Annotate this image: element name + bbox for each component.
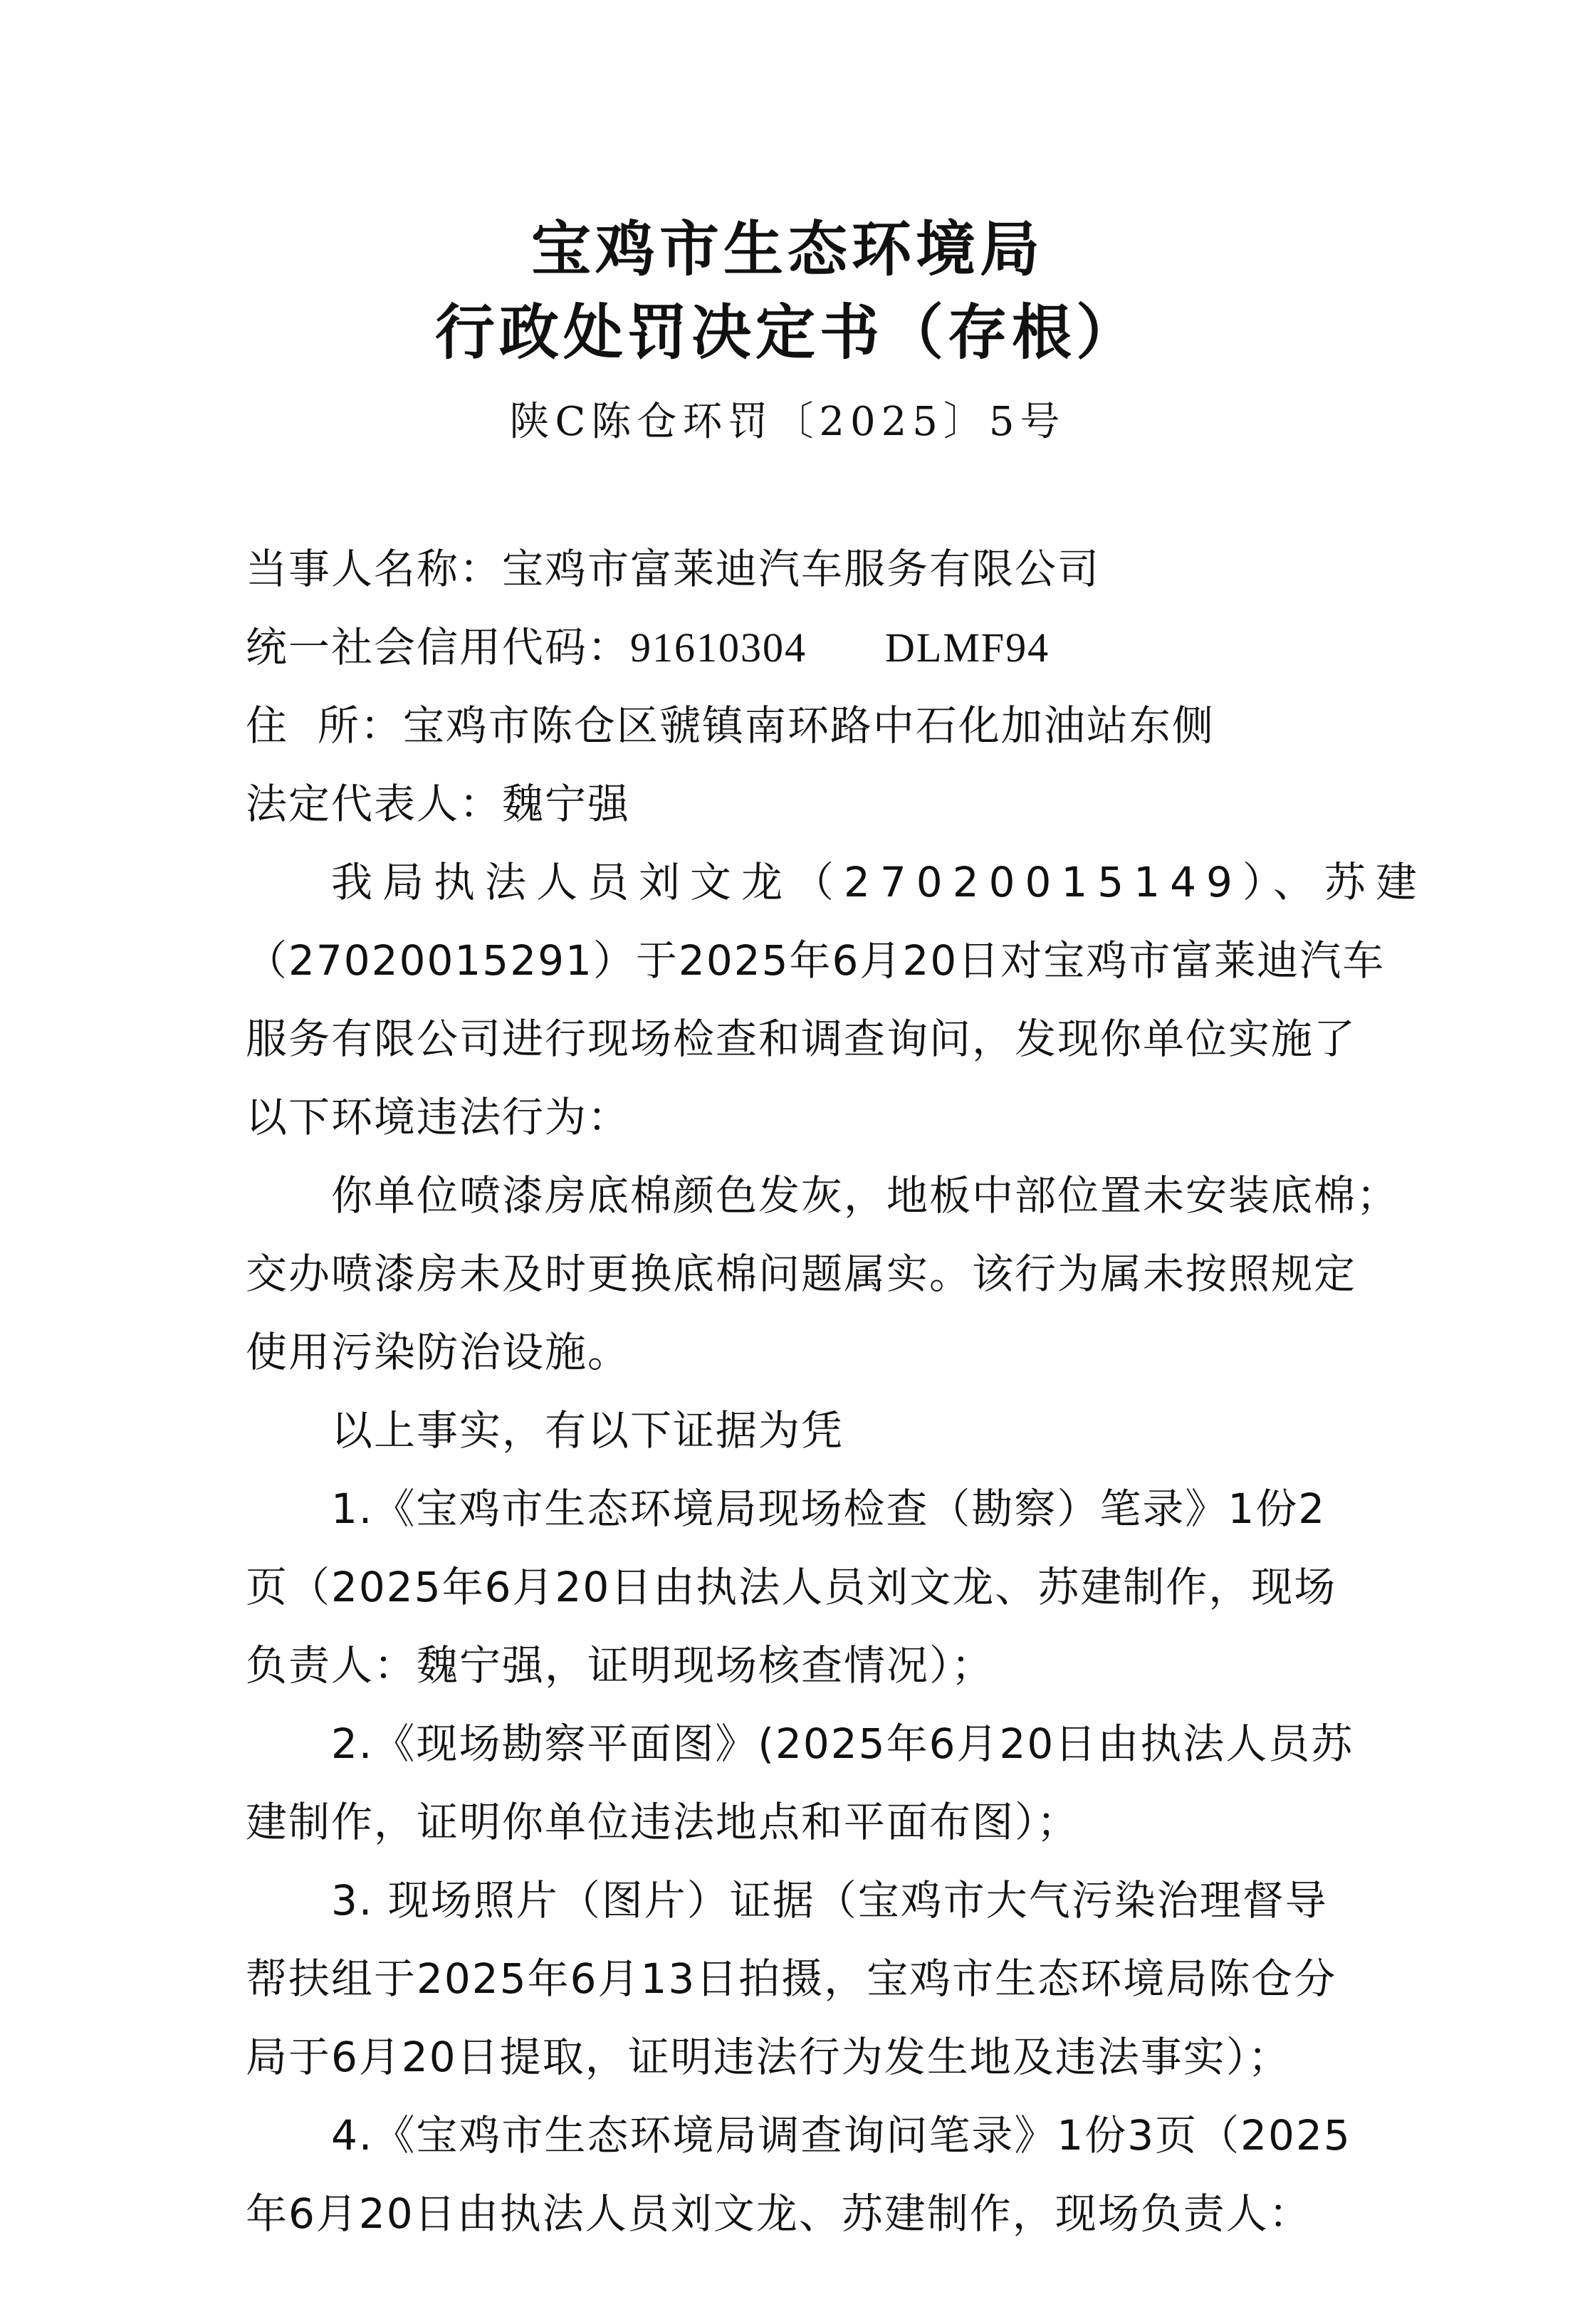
- legal-rep-value: 魏宁强: [502, 780, 630, 828]
- evidence-4-line-1: 4.《宝鸡市生态环境局调查询问笔录》1份3页（2025: [331, 2115, 1356, 2156]
- evidence-intro: 以上事实，有以下证据为凭: [331, 1410, 1356, 1451]
- evidence-3-line-1: 3. 现场照片（图片）证据（宝鸡市大气污染治理督导: [331, 1880, 1356, 1921]
- body-line-3: 服务有限公司进行现场检查和调查询问，发现你单位实施了: [246, 1018, 1356, 1059]
- evidence-1-line-2: 页（2025年6月20日由执法人员刘文龙、苏建制作，现场: [246, 1566, 1356, 1608]
- address-label: 住 所：: [246, 701, 403, 750]
- party-name-value: 宝鸡市富莱迪汽车服务有限公司: [502, 545, 1100, 593]
- agency-title: 宝鸡市生态环境局: [0, 219, 1575, 279]
- evidence-3-line-3: 局于6月20日提取，证明违法行为发生地及违法事实）；: [246, 2036, 1356, 2078]
- address-value: 宝鸡市陈仓区虢镇南环路中石化加油站东侧: [403, 701, 1215, 750]
- body-line-2: （27020015291）于2025年6月20日对宝鸡市富莱迪汽车: [246, 940, 1356, 981]
- address-row: 住 所：宝鸡市陈仓区虢镇南环路中石化加油站东侧: [246, 705, 1356, 746]
- document-number: 陕C陈仓环罚〔2025〕5号: [0, 402, 1575, 442]
- party-name-row: 当事人名称：宝鸡市富莱迪汽车服务有限公司: [246, 548, 1356, 590]
- legal-rep-row: 法定代表人：魏宁强: [246, 783, 1356, 825]
- evidence-2-line-2: 建制作，证明你单位违法地点和平面布图）；: [246, 1801, 1356, 1843]
- body-line-1: 我局执法人员刘文龙（27020015149）、苏建: [331, 862, 1356, 903]
- evidence-1-line-1: 1.《宝鸡市生态环境局现场检查（勘察）笔录》1份2: [331, 1488, 1356, 1529]
- body-line-4: 以下环境违法行为：: [246, 1096, 1356, 1138]
- credit-code-label: 统一社会信用代码：: [246, 623, 630, 671]
- party-name-label: 当事人名称：: [246, 545, 502, 593]
- evidence-2-line-1: 2.《现场勘察平面图》(2025年6月20日由执法人员苏: [331, 1723, 1356, 1764]
- credit-code-part1: 91610304: [630, 624, 807, 671]
- legal-rep-label: 法定代表人：: [246, 780, 502, 828]
- evidence-1-line-3: 负责人：魏宁强，证明现场核查情况）；: [246, 1645, 1356, 1686]
- credit-code-row: 统一社会信用代码：91610304DLMF94: [246, 627, 1356, 669]
- evidence-3-line-2: 帮扶组于2025年6月13日拍摄，宝鸡市生态环境局陈仓分: [246, 1958, 1356, 1999]
- document-type-title: 行政处罚决定书（存根）: [0, 303, 1575, 362]
- credit-code-part2: DLMF94: [885, 624, 1050, 671]
- body-line-7: 使用污染防治设施。: [246, 1331, 1356, 1373]
- body-line-6: 交办喷漆房未及时更换底棉问题属实。该行为属未按照规定: [246, 1253, 1356, 1294]
- body-line-5: 你单位喷漆房底棉颜色发灰，地板中部位置未安装底棉；: [331, 1175, 1356, 1216]
- evidence-4-line-2: 年6月20日由执法人员刘文龙、苏建制作，现场负责人：: [246, 2193, 1356, 2234]
